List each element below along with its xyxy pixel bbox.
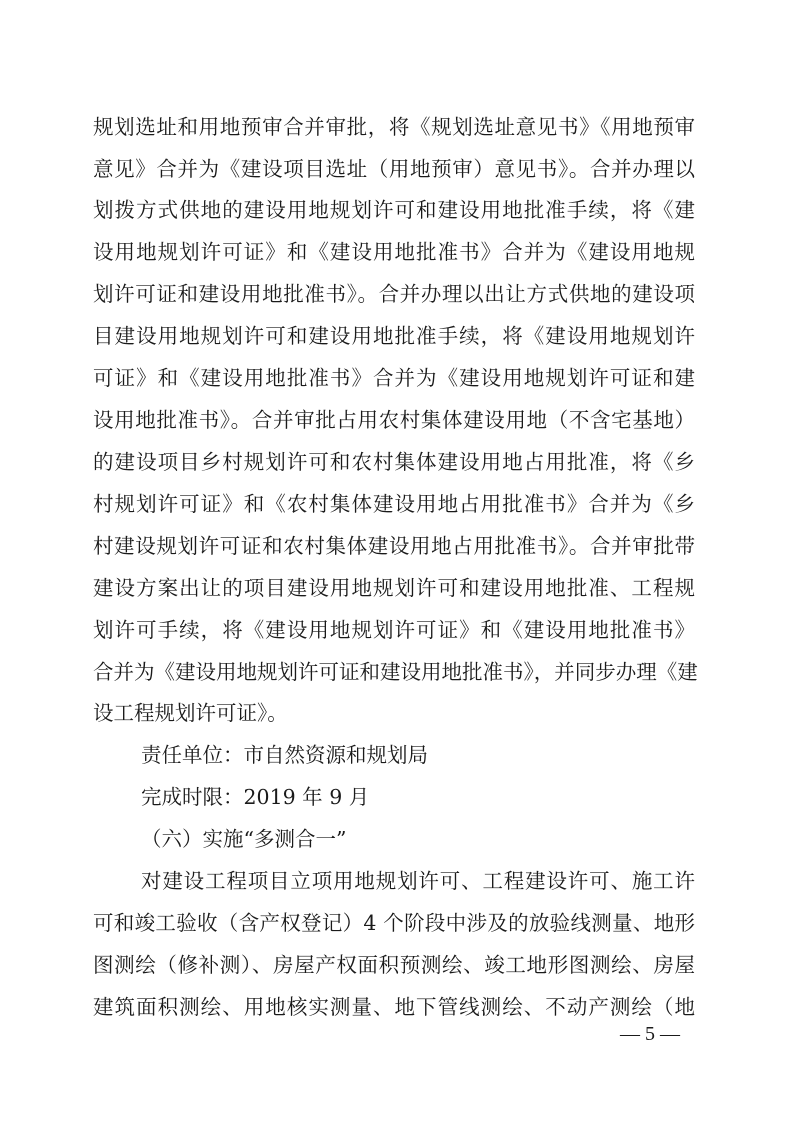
section-heading: （六）实施“多测合一” <box>141 824 695 854</box>
text-line: 设用地批准书》。合并审批占用农村集体建设用地（不含宅基地） <box>93 405 695 435</box>
text-line: 划许可手续，将《建设用地规划许可证》和《建设用地批准书》 <box>93 615 695 645</box>
deadline: 完成时限：2019 年 9 月 <box>141 782 695 812</box>
text-line: 村规划许可证》和《农村集体建设用地占用批准书》合并为《乡 <box>93 489 695 519</box>
document-page: 规划选址和用地预审合并审批，将《规划选址意见书》《用地预审 意见》合并为《建设项… <box>0 0 793 1122</box>
text-line: 对建设工程项目立项用地规划许可、工程建设许可、施工许 <box>141 866 695 896</box>
page-number: — 5 — <box>600 1020 700 1048</box>
text-line: 目建设用地规划许可和建设用地批准手续，将《建设用地规划许 <box>93 321 695 351</box>
deadline-label: 完成时限： <box>141 785 244 809</box>
text-line: 合并为《建设用地规划许可证和建设用地批准书》，并同步办理《建 <box>93 657 695 687</box>
text-line: 图测绘（修补测）、房屋产权面积预测绘、竣工地形图测绘、房屋 <box>93 950 695 980</box>
text-line: 的建设项目乡村规划许可和农村集体建设用地占用批准，将《乡 <box>93 447 695 477</box>
text-line: 建设方案出让的项目建设用地规划许可和建设用地批准、工程规 <box>93 573 695 603</box>
responsible-unit-label: 责任单位： <box>141 743 244 767</box>
text-line: 意见》合并为《建设项目选址（用地预审）意见书》。合并办理以 <box>93 154 695 184</box>
text-line: 可和竣工验收（含产权登记）4 个阶段中涉及的放验线测量、地形 <box>93 908 695 938</box>
text-line: 村建设规划许可证和农村集体建设用地占用批准书》。合并审批带 <box>93 531 695 561</box>
text-line: 划许可证和建设用地批准书》。合并办理以出让方式供地的建设项 <box>93 279 695 309</box>
text-line: 建筑面积测绘、用地核实测量、地下管线测绘、不动产测绘（地 <box>93 992 695 1022</box>
text-line: 设用地规划许可证》和《建设用地批准书》合并为《建设用地规 <box>93 237 695 267</box>
text-line: 划拨方式供地的建设用地规划许可和建设用地批准手续，将《建 <box>93 195 695 225</box>
text-line: 规划选址和用地预审合并审批，将《规划选址意见书》《用地预审 <box>93 112 695 142</box>
text-line: 设工程规划许可证》。 <box>93 698 695 728</box>
responsible-unit-value: 市自然资源和规划局 <box>244 743 429 767</box>
text-line: 可证》和《建设用地批准书》合并为《建设用地规划许可证和建 <box>93 363 695 393</box>
deadline-value: 2019 年 9 月 <box>244 785 370 809</box>
responsible-unit: 责任单位：市自然资源和规划局 <box>141 740 695 770</box>
